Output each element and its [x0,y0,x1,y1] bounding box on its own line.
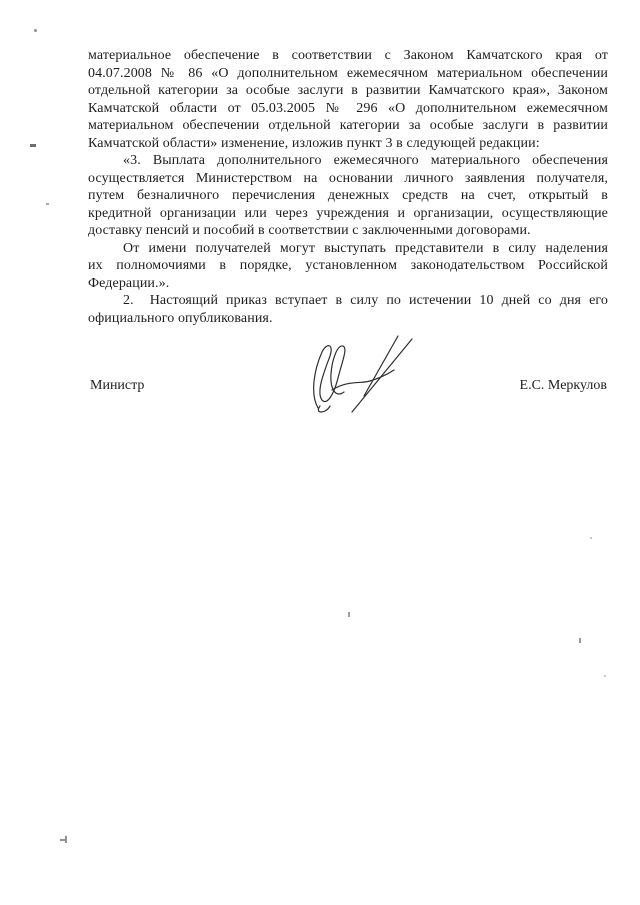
text-line-15: 2. Настоящий приказ вступает в силу по и… [88,292,608,310]
text-line-14: Федерации.». [88,275,608,293]
scan-speck [30,144,36,147]
text-line-7: «3. Выплата дополнительного ежемесячного… [88,152,608,170]
text-line-13: их полномочиями в порядке, установленном… [88,257,608,275]
text-line-9: путем безналичного перечисления денежных… [88,187,608,205]
scanned-document-page: материальное обеспечение в соответствии … [0,0,640,905]
text-line-5: материальном обеспечении отдельной катег… [88,117,608,135]
text-line-10: кредитной организации или через учрежден… [88,205,608,223]
order-body-text: материальное обеспечение в соответствии … [88,47,608,327]
scan-speck [579,638,581,643]
signer-name-label: Е.С. Меркулов [520,377,607,395]
signer-post-label: Министр [90,377,144,395]
text-line-12: От имени получателей могут выступать пре… [88,240,608,258]
text-line-3: отдельной категории за особые заслуги в … [88,82,608,100]
scan-speck [34,29,37,32]
scan-speck [46,203,49,205]
text-line-1: материальное обеспечение в соответствии … [88,47,608,65]
text-line-6: Камчатской области» изменение, изложив п… [88,135,608,153]
handwritten-signature-icon [300,333,420,418]
text-line-11: доставку пенсий и пособий в соответствии… [88,222,608,240]
text-line-8: осуществляется Министерством на основани… [88,170,608,188]
scan-speck [604,675,606,677]
text-line-16: официального опубликования. [88,310,608,328]
text-line-4: Камчатской области от 05.03.2005 № 296 «… [88,100,608,118]
scan-mark [65,836,67,843]
scan-speck [590,537,592,539]
text-line-2: 04.07.2008 № 86 «О дополнительном ежемес… [88,65,608,83]
scan-speck [348,612,350,617]
